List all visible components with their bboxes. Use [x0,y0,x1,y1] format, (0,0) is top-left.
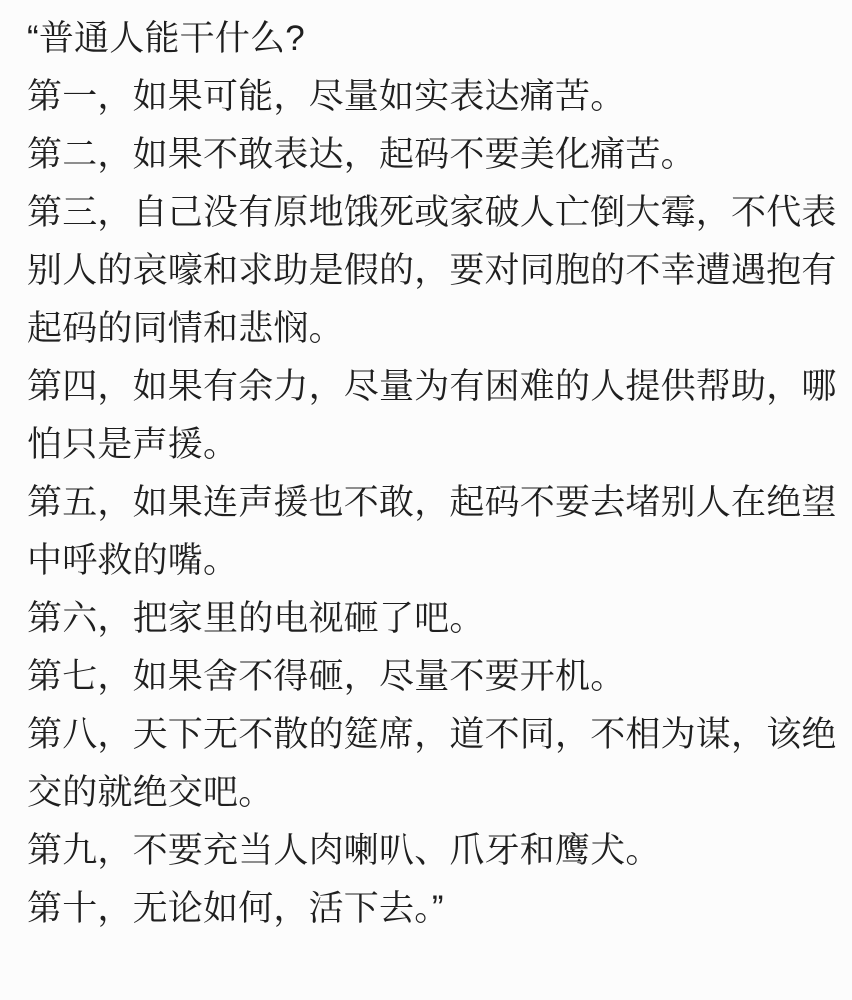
text-line: 第二，如果不敢表达，起码不要美化痛苦。 [27,126,832,184]
text-line: 第五，如果连声援也不敢，起码不要去堵别人在绝望 [27,474,832,532]
text-line: 第九，不要充当人肉喇叭、爪牙和鹰犬。 [27,822,832,880]
text-line: 别人的哀嚎和求助是假的，要对同胞的不幸遭遇抱有 [27,242,832,300]
text-line: 交的就绝交吧。 [27,764,832,822]
text-line: 怕只是声援。 [27,416,832,474]
text-line: 第八，天下无不散的筵席，道不同，不相为谋，该绝 [27,706,832,764]
text-line: 第七，如果舍不得砸，尽量不要开机。 [27,648,832,706]
text-document-page: “普通人能干什么?第一，如果可能，尽量如实表达痛苦。第二，如果不敢表达，起码不要… [0,0,852,1000]
text-line: “普通人能干什么? [27,10,832,68]
text-line: 第十，无论如何，活下去。” [27,880,832,938]
text-line: 第一，如果可能，尽量如实表达痛苦。 [27,68,832,126]
text-line: 起码的同情和悲悯。 [27,300,832,358]
text-line: 第三，自己没有原地饿死或家破人亡倒大霉，不代表 [27,184,832,242]
text-line: 第六，把家里的电视砸了吧。 [27,590,832,648]
quote-text-block: “普通人能干什么?第一，如果可能，尽量如实表达痛苦。第二，如果不敢表达，起码不要… [27,10,832,938]
text-line: 中呼救的嘴。 [27,532,832,590]
text-line: 第四，如果有余力，尽量为有困难的人提供帮助，哪 [27,358,832,416]
